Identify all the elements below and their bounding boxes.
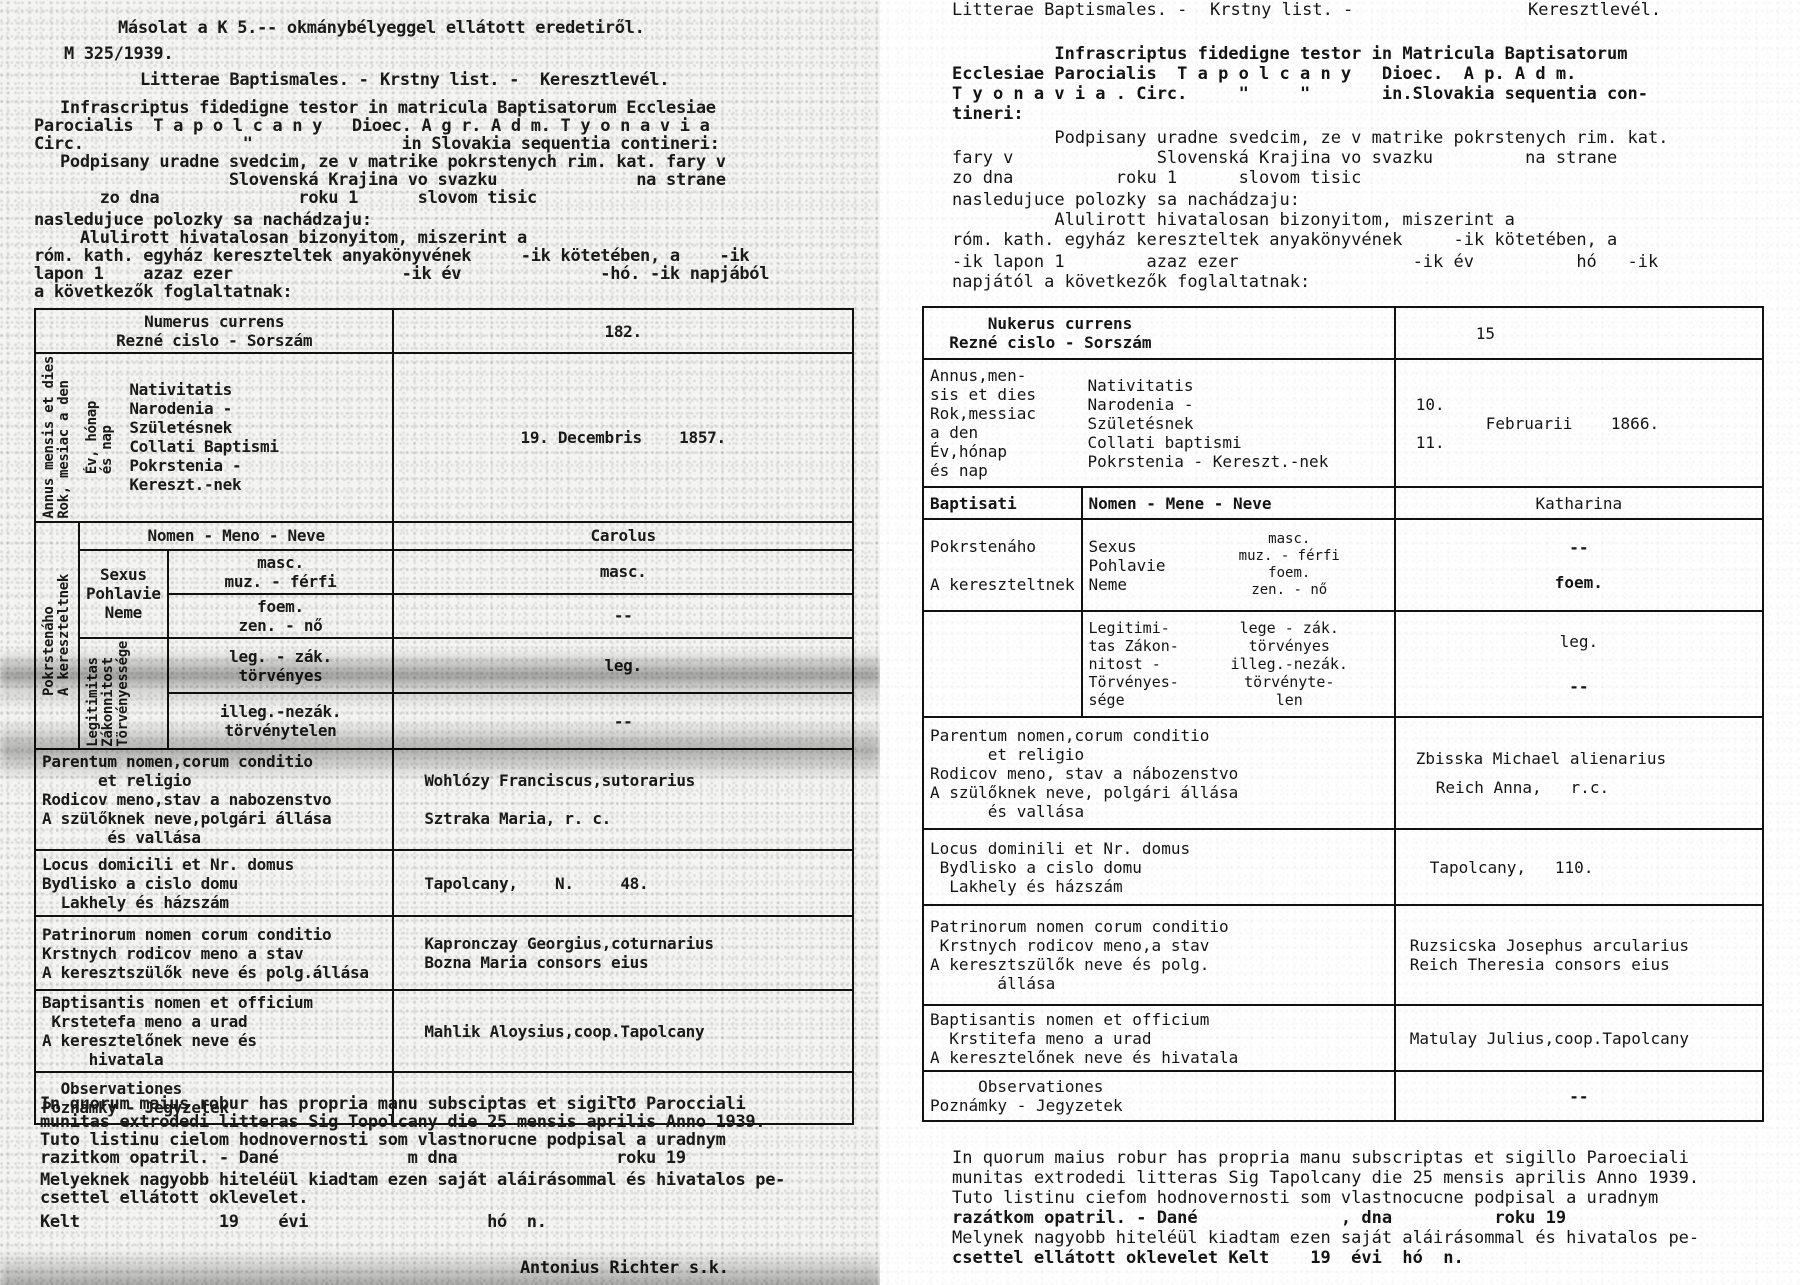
row-godparents: Patrinorum nomen corum conditio Krstnych…: [35, 916, 853, 990]
right-page-scan: Litterae Baptismales. - Krstny list. - K…: [880, 0, 1800, 1285]
date-values: 10. Februarii 1866. 11.: [1395, 359, 1763, 487]
row-name: Pokrstenáho A kereszteltnek Nomen - Meno…: [35, 522, 853, 550]
legitimacy-values: leg. --: [1395, 611, 1763, 717]
left-page-scan: Másolat a K 5.-- okmánybélyeggel ellátot…: [0, 0, 880, 1285]
row-baptiser: Baptisantis nomen et officium Krstetefa …: [35, 990, 853, 1072]
sex-values: -- foem.: [1395, 519, 1763, 611]
title-hungarian: Keresztlevél.: [540, 70, 669, 90]
title-slovak: Krstny list. -: [380, 70, 519, 90]
copy-note: Másolat a K 5.-- okmánybélyeggel ellátot…: [118, 18, 645, 38]
row-name: Baptisati Nomen - Mene - Neve Katharina: [923, 487, 1763, 519]
fold-smudge: [0, 650, 880, 710]
row-legitimacy: Legitimi- tas Zákon- nitost - Törvényes-…: [923, 611, 1763, 717]
row-date: Annus,men- sis et dies Rok,messiac a den…: [923, 359, 1763, 487]
fold-smudge: [0, 720, 880, 780]
row-numerus: Nukerus currens Rezné cislo - Sorszám 15: [923, 307, 1763, 359]
row-domicile: Locus domicili et Nr. domus Bydlisko a c…: [35, 850, 853, 916]
title-latin: Litterae Baptismales. -: [952, 0, 1187, 20]
row-sex: Pokrstenáho A kereszteltnek Sexus Pohlav…: [923, 519, 1763, 611]
title-hungarian: Keresztlevél.: [1528, 0, 1661, 20]
row-numerus: Numerus currens Rezné cislo - Sorszám 18…: [35, 309, 853, 353]
row-sex-masc: Sexus Pohlavie Neme masc. muz. - férfi m…: [35, 550, 853, 594]
edge-shadow: [0, 1250, 880, 1285]
parents-values: Zbisska Michael alienarius Reich Anna, r…: [1395, 717, 1763, 829]
right-register-table: Nukerus currens Rezné cislo - Sorszám 15…: [922, 306, 1764, 1122]
title-latin: Litterae Baptismales. -: [140, 70, 369, 90]
row-domicile: Locus dominili et Nr. domus Bydlisko a c…: [923, 829, 1763, 905]
left-register-table: Numerus currens Rezné cislo - Sorszám 18…: [34, 308, 854, 1125]
row-godparents: Patrinorum nomen corum conditio Krstnych…: [923, 905, 1763, 1005]
row-baptiser: Baptisantis nomen et officium Krstitefa …: [923, 1005, 1763, 1071]
row-date: Annus mensis et dies Rok, mesiac a den É…: [35, 353, 853, 522]
reference-number: M 325/1939.: [64, 44, 173, 64]
row-observations: Observationes Poznámky - Jegyzetek --: [923, 1071, 1763, 1121]
row-parents: Parentum nomen,corum conditio et religio…: [923, 717, 1763, 829]
title-slovak: Krstny list. -: [1210, 0, 1353, 20]
